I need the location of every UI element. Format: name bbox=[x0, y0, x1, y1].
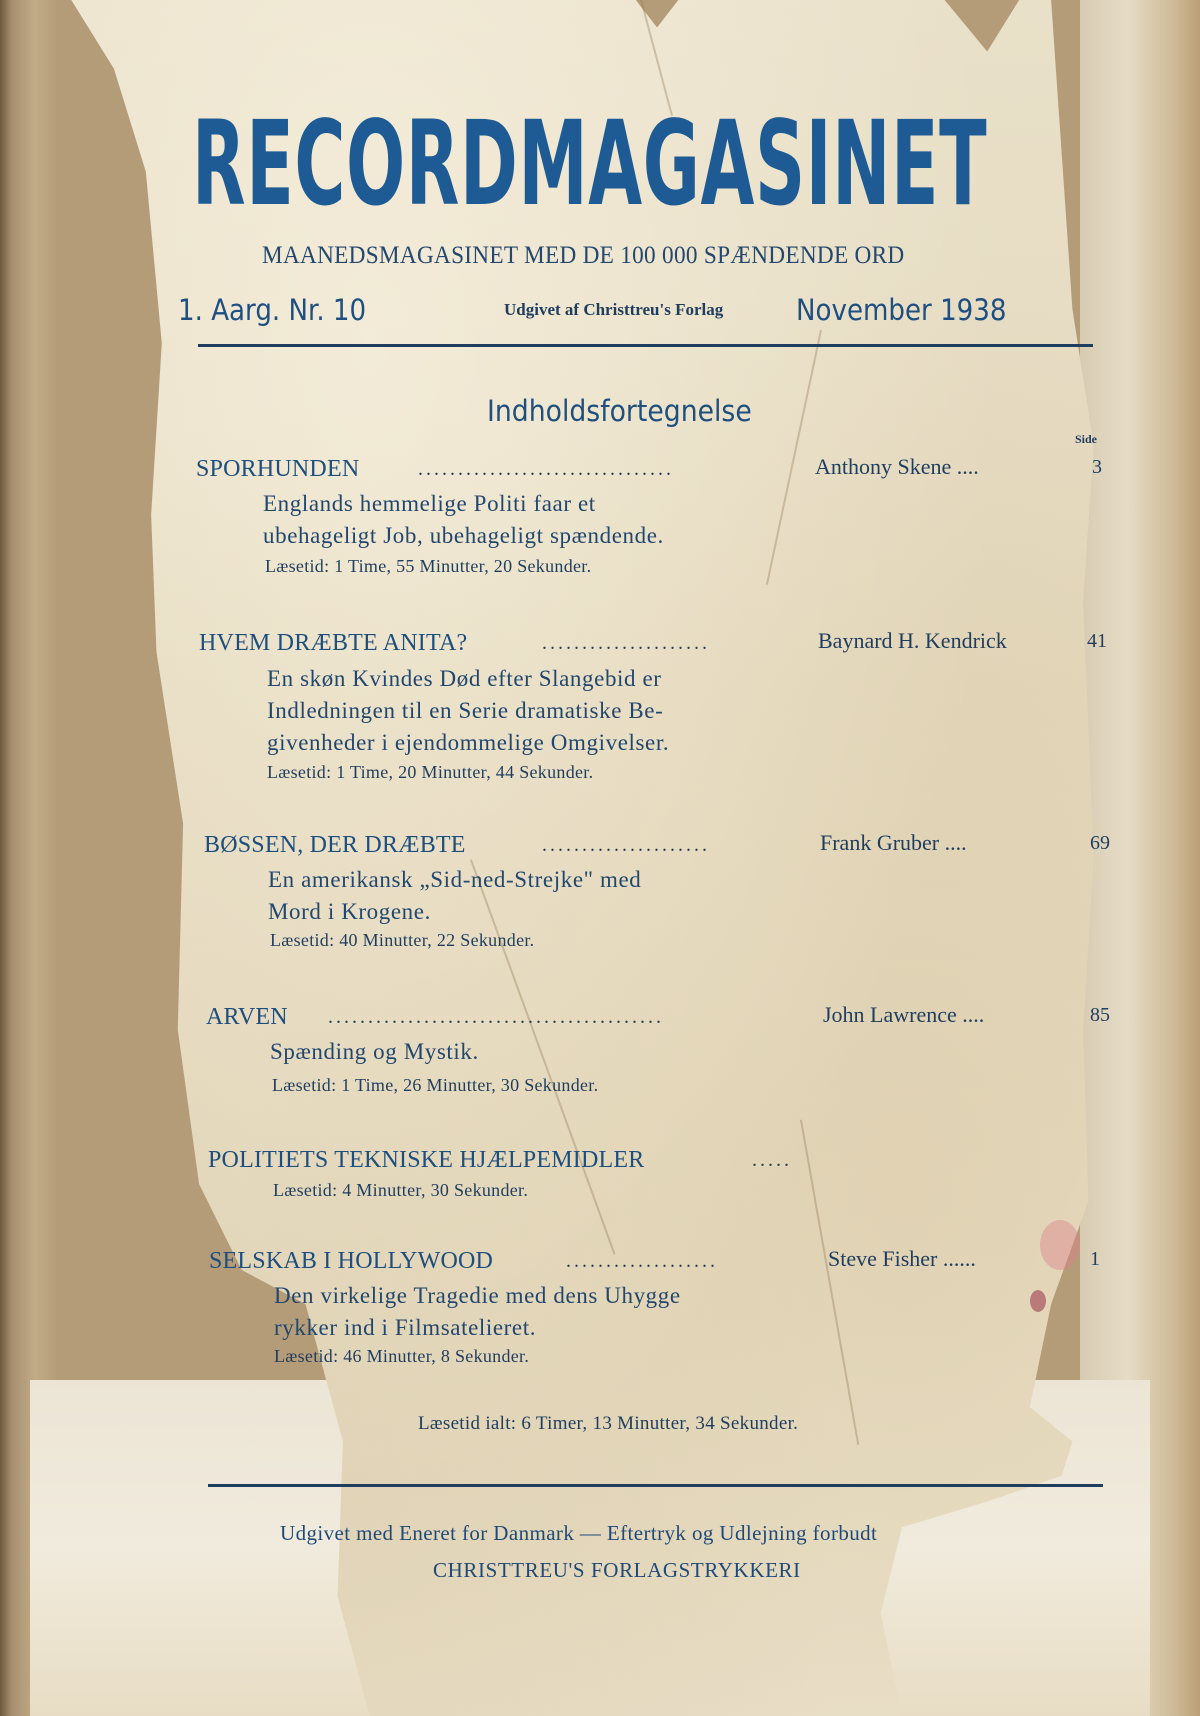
entry-author: Frank Gruber .... bbox=[820, 830, 967, 856]
magazine-title: RECORDMAGASINET bbox=[192, 105, 728, 222]
entry-title: SELSKAB I HOLLYWOOD bbox=[209, 1248, 493, 1275]
entry-description: En skøn Kvindes Død efter Slangebid er I… bbox=[267, 663, 807, 759]
publisher-line: Udgivet af Christtreu's Forlag bbox=[504, 300, 723, 320]
printer-credit: CHRISTTREU'S FORLAGSTRYKKERI bbox=[433, 1558, 801, 1583]
entry-page: 3 bbox=[1092, 456, 1102, 479]
page-column-label: Side bbox=[1075, 432, 1097, 447]
leader-dots: ..................... bbox=[542, 834, 710, 857]
entry-reading-time: Læsetid: 4 Minutter, 30 Sekunder. bbox=[273, 1180, 528, 1201]
entry-title: BØSSEN, DER DRÆBTE bbox=[204, 832, 466, 859]
leader-dots: ........................................… bbox=[328, 1006, 664, 1029]
entry-title: HVEM DRÆBTE ANITA? bbox=[199, 630, 467, 657]
entry-title: POLITIETS TEKNISKE HJÆLPEMIDLER bbox=[208, 1147, 644, 1174]
entry-page: 41 bbox=[1087, 630, 1107, 653]
magazine-page: RECORDMAGASINET MAANEDSMAGASINET MED DE … bbox=[0, 0, 1200, 1716]
header-divider bbox=[198, 344, 1093, 347]
leader-dots: ..... bbox=[752, 1149, 792, 1172]
entry-reading-time: Læsetid: 40 Minutter, 22 Sekunder. bbox=[270, 930, 534, 951]
entry-reading-time: Læsetid: 1 Time, 26 Minutter, 30 Sekunde… bbox=[272, 1075, 598, 1096]
magazine-tagline: MAANEDSMAGASINET MED DE 100 000 SPÆNDEND… bbox=[262, 242, 1006, 270]
entry-description: Englands hemmelige Politi faar et ubehag… bbox=[263, 488, 803, 552]
entry-reading-time: Læsetid: 1 Time, 20 Minutter, 44 Sekunde… bbox=[267, 762, 593, 783]
entry-reading-time: Læsetid: 46 Minutter, 8 Sekunder. bbox=[274, 1346, 529, 1367]
issue-number: 1. Aarg. Nr. 10 bbox=[178, 293, 366, 327]
leader-dots: ..................... bbox=[542, 632, 710, 655]
issue-date: November 1938 bbox=[796, 293, 1007, 327]
entry-description: En amerikansk „Sid-ned-Strejke" med Mord… bbox=[268, 864, 808, 928]
entry-page: 1 bbox=[1090, 1248, 1100, 1271]
entry-reading-time: Læsetid: 1 Time, 55 Minutter, 20 Sekunde… bbox=[265, 556, 591, 577]
leader-dots: ................... bbox=[566, 1250, 718, 1273]
entry-author: John Lawrence .... bbox=[823, 1002, 984, 1028]
entry-title: ARVEN bbox=[206, 1004, 288, 1031]
entry-page: 85 bbox=[1090, 1004, 1110, 1027]
entry-author: Steve Fisher ...... bbox=[828, 1246, 976, 1272]
total-reading-time: Læsetid ialt: 6 Timer, 13 Minutter, 34 S… bbox=[418, 1413, 798, 1435]
rights-notice: Udgivet med Eneret for Danmark — Eftertr… bbox=[280, 1521, 877, 1546]
entry-description: Spænding og Mystik. bbox=[270, 1036, 810, 1068]
toc-heading: Indholdsfortegnelse bbox=[487, 394, 752, 428]
entry-author: Anthony Skene .... bbox=[815, 454, 979, 480]
entry-description: Den virkelige Tragedie med dens Uhygge r… bbox=[274, 1280, 814, 1344]
entry-title: SPORHUNDEN bbox=[196, 456, 359, 483]
footer-divider bbox=[208, 1484, 1103, 1487]
entry-author: Baynard H. Kendrick bbox=[818, 628, 1007, 654]
entry-page: 69 bbox=[1090, 832, 1110, 855]
issue-info-row: 1. Aarg. Nr. 10 Udgivet af Christtreu's … bbox=[178, 293, 1098, 333]
leader-dots: ................................ bbox=[418, 458, 674, 481]
